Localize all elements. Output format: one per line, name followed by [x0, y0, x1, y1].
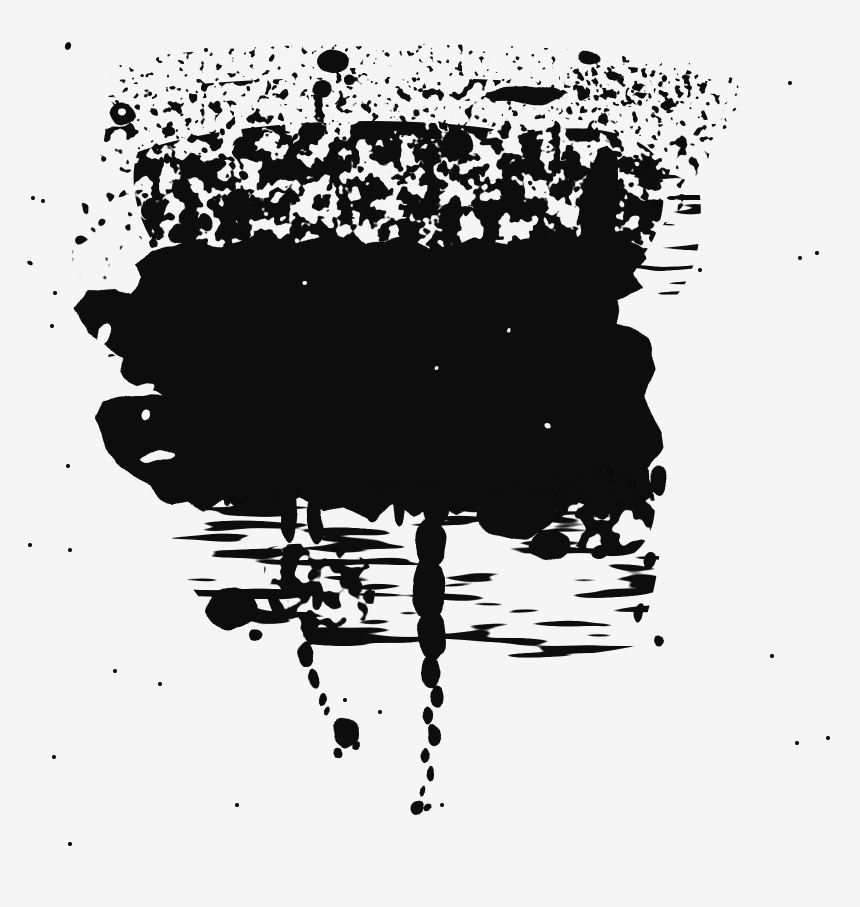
blob-holes-blob	[142, 409, 150, 419]
top-cluster-blob	[606, 70, 618, 78]
left-drip-blob	[353, 740, 361, 750]
ink-specks-blob	[158, 682, 162, 686]
blob-holes-blob	[303, 280, 307, 284]
blob-holes-blob	[119, 108, 127, 116]
top-cluster-blob	[311, 82, 329, 98]
right-drip-blob	[420, 655, 440, 689]
ink-specks-blob	[204, 48, 208, 52]
right-drip-blob	[420, 785, 426, 795]
ink-specks-blob	[815, 251, 819, 255]
ink-specks-blob	[66, 464, 70, 468]
right-drip-blob	[427, 767, 435, 781]
bottom-clusters-blob	[655, 634, 665, 646]
ink-specks-blob	[440, 803, 444, 807]
right-drip-blob	[423, 492, 449, 524]
right-drip-blob	[421, 749, 429, 765]
left-drip-blob	[317, 692, 325, 706]
bottom-clusters-blob	[222, 485, 232, 503]
left-drip-blob	[324, 707, 330, 717]
bottom-clusters-blob	[590, 478, 614, 518]
ink-specks-blob	[826, 736, 830, 740]
bottom-clusters-blob	[199, 485, 213, 509]
ink-specks-blob	[788, 81, 792, 85]
top-cluster-blob	[342, 75, 354, 85]
bottom-clusters-blob	[258, 486, 270, 514]
bottom-clusters-blob	[250, 630, 266, 642]
right-drip-blob	[423, 708, 433, 726]
ink-specks-blob	[698, 268, 702, 272]
ink-specks-blob	[667, 196, 677, 200]
blob-holes-blob	[544, 423, 550, 429]
ink-specks-blob	[53, 291, 57, 295]
right-drip-blob	[427, 725, 439, 747]
blob-holes-blob	[435, 366, 439, 370]
ink-specks-blob	[113, 669, 117, 673]
bottom-clusters-blob	[644, 552, 656, 568]
ink-specks-blob	[770, 654, 774, 658]
ink-specks-blob	[798, 256, 802, 260]
right-drip-blob	[410, 798, 426, 812]
bottom-clusters-blob	[650, 464, 666, 496]
ink-specks-blob	[41, 199, 45, 203]
ink-specks-blob	[31, 196, 35, 200]
top-cluster-blob	[141, 198, 159, 222]
ink-specks-blob	[343, 698, 347, 702]
right-drip-blob	[426, 803, 434, 811]
ink-specks-blob	[629, 171, 645, 175]
ink-specks-blob	[378, 710, 382, 714]
ink-specks-blob	[649, 203, 661, 207]
top-cluster-blob	[580, 52, 600, 64]
grunge-image-canvas	[0, 0, 860, 907]
ink-specks-blob	[28, 543, 32, 547]
ink-specks-blob	[658, 158, 662, 162]
ink-specks-blob	[68, 842, 72, 846]
ink-specks-blob	[50, 324, 54, 328]
ink-specks-blob	[52, 755, 56, 759]
ink-specks-blob	[235, 803, 239, 807]
ink-specks-blob	[68, 548, 72, 552]
top-cluster-blob	[162, 125, 174, 135]
bottom-clusters-blob	[592, 544, 610, 560]
top-cluster-blob	[441, 129, 475, 157]
left-drip-blob	[333, 747, 343, 759]
bottom-clusters-blob	[635, 601, 645, 619]
grunge-brush-stroke-artwork	[0, 0, 860, 907]
right-drip-blob	[430, 686, 444, 708]
blob-holes-blob	[508, 328, 512, 332]
top-cluster-blob	[198, 212, 214, 232]
ink-specks-blob	[795, 741, 799, 745]
